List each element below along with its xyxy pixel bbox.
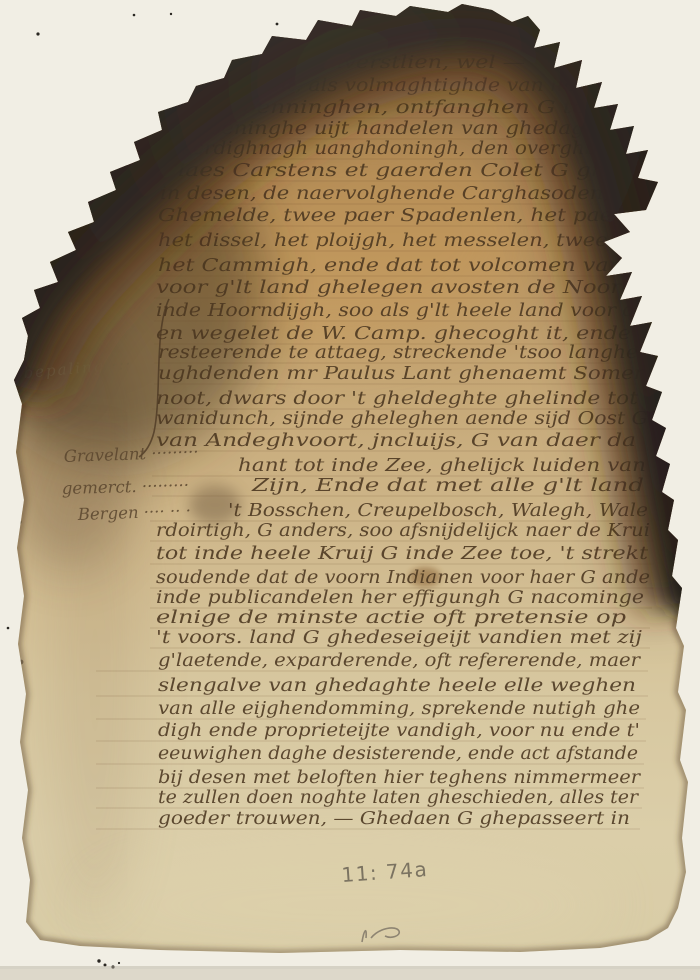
manuscript-line: en wegelet de W. Camp. ghecoght it, ende [156,324,631,344]
manuscript-line: wanidunch, sijnde gheleghen aende sijd O… [156,409,648,429]
manuscript-line: 't voors. land G ghedeseigeijt vandien m… [156,628,643,648]
manuscript-line: soudende dat de voorn Indianen voor haer… [156,568,650,588]
manuscript-line: resteerende te attaeg, streckende 'tsoo … [158,343,638,363]
manuscript-line: bij desen met beloften hier teghens nimm… [158,768,642,788]
manuscript-line: goeder trouwen, — Ghedaen G ghepasseert … [158,809,630,829]
manuscript-line: g'laetende, exparderende, oft refererend… [158,651,642,671]
manuscript-line: rdoirtigh, G anders, soo afsnijdelijck n… [156,521,650,541]
scanned-manuscript-page: averstlien, wel — van ghelt, als volmagh… [0,0,700,980]
bottom-scan-edge [0,966,700,980]
margin-note-gemerct: gemerct. ········· [62,476,190,498]
margin-note-bergen: Bergen ···· ·· · [76,501,191,524]
manuscript-line: het dissel, het ploijgh, het messelen, t… [158,231,628,251]
manuscript-line: tot inde heele Kruij G inde Zee toe, 't … [156,544,649,564]
manuscript-line: voor g'lt land ghelegen avosten de Noord [156,278,636,298]
manuscript-line: eeuwighen daghe desisterende, ende act a… [158,744,638,764]
manuscript-line: het Cammigh, ende dat tot volcomen van [158,256,623,276]
manuscript-line: van Andeghvoort, jncluijs, G van daer da [156,431,636,451]
manuscript-scan: averstlien, wel — van ghelt, als volmagh… [0,0,700,980]
manuscript-line: hant tot inde Zee, ghelijck luiden van [238,456,646,476]
manuscript-line: van alle eijghendomming, sprekende nutig… [158,699,640,719]
manuscript-line: Zijn, Ende dat met alle g'lt land [251,476,644,496]
manuscript-line: noot, dwars door 't gheldeghte ghelinde … [156,389,639,409]
manuscript-line: slengalve van ghedaghte heele elle weghe… [158,676,636,696]
manuscript-line: digh ende proprieteijte vandigh, voor nu… [158,721,640,741]
manuscript-line: 't Bosschen, Creupelbosch, Walegh, Wale [228,501,648,521]
manuscript-line: elnige de minste actie oft pretensie op [156,608,626,628]
manuscript-line: te zullen doen noghte laten gheschieden,… [158,788,640,808]
manuscript-line: inde publicandelen her effigungh G nacom… [156,588,644,608]
manuscript-line: ughdenden mr Paulus Lant ghenaemt Somer [158,364,646,384]
